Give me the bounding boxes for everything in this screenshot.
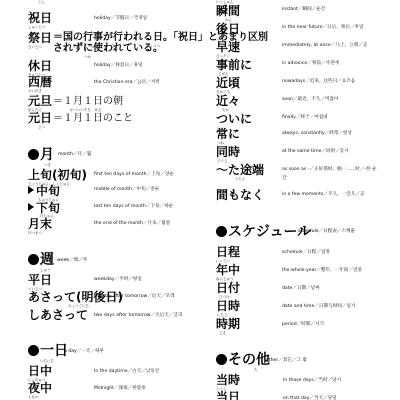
top-reading: とし	[38, 0, 45, 4]
vocab-word: 事前に	[216, 59, 252, 72]
vocab-meaning: the day after tomorrow／后天／모레	[94, 294, 175, 300]
section-meaning: other／其它／그 밖	[266, 358, 307, 364]
vocab-word: 夜中	[28, 382, 52, 395]
section-meaning: week／周／주	[57, 258, 87, 264]
section-title: スケジュール	[216, 225, 311, 240]
vocab-meaning: middle of month／中旬／중순	[94, 187, 159, 193]
vocab-meaning: last ten days of month／下旬／하순	[94, 204, 173, 210]
bullet-icon	[28, 254, 39, 265]
vocab-word: 同時	[216, 146, 240, 159]
vocab-meaning: the Christian era／公历／서력	[94, 80, 160, 86]
vocab-meaning: as soon as -／正好那时、刚一……时／-한 순	[282, 167, 377, 173]
vocab-word: 早速	[216, 41, 240, 54]
definition-text: ＝１月１日の朝	[53, 96, 123, 108]
vocab-word: 瞬間	[216, 5, 240, 18]
vocab-reading: げつまつ	[28, 231, 42, 235]
vocab-meaning: nowadays／近来、这些日／요즈음	[282, 79, 355, 85]
vocab-meaning-continued: 간	[282, 176, 286, 182]
definition-furigana: つか	[84, 55, 91, 59]
vocab-word: 常に	[216, 128, 240, 141]
vocab-word: 元日	[28, 112, 52, 125]
vocab-meaning: in advance／事前／사전에	[282, 61, 339, 67]
vocab-meaning: date and time／日期与时间／일시	[282, 304, 355, 310]
vocab-meaning: instant／瞬间／순간	[282, 7, 325, 13]
vocab-word: 祭日	[28, 32, 52, 45]
vocab-reading: じつ	[38, 125, 45, 129]
section-title: その他	[216, 353, 270, 368]
section-meaning: month／月／월	[58, 152, 91, 158]
section-title: 一日	[28, 344, 68, 359]
vocab-meaning: on that day／当天／당일	[283, 396, 337, 400]
vocab-word: 日時	[216, 300, 240, 313]
vocab-meaning: holiday／节假日／국경일	[94, 16, 147, 22]
vocab-word: 日中	[28, 365, 52, 378]
section-reading: た	[254, 368, 258, 372]
vocab-word: ～た途端	[216, 164, 264, 177]
vocab-word: 休日	[28, 60, 52, 73]
definition-text: ＝１月１日のこと	[53, 113, 133, 125]
vocab-meaning: period／时期／시기	[282, 322, 324, 328]
vocab-meaning: at the same time／同时／동시	[282, 149, 349, 155]
vocab-meaning: immediately, at once／马上、立刻／곧	[282, 43, 367, 49]
vocab-word: 日程	[216, 246, 240, 259]
section-reading: しゅう	[40, 268, 51, 272]
vocab-word: ついに	[216, 113, 252, 126]
vocab-meaning: the end of the month／月末／월말	[94, 221, 170, 227]
vocab-word: 元旦	[28, 95, 52, 108]
vocab-meaning: two days after tomorrow／大后天／글피	[94, 313, 182, 319]
bullet-icon	[216, 354, 227, 365]
vocab-meaning: in the near future／日后、事后／후일	[282, 25, 363, 31]
vocab-word: 平日	[28, 274, 52, 287]
section-meaning: schedule／日程表／스케줄	[298, 229, 355, 235]
vocab-word: 間もなく	[216, 189, 264, 202]
vocab-word: 年中	[216, 264, 240, 277]
bullet-icon	[28, 345, 39, 356]
vocab-word: 後日	[216, 23, 240, 36]
vocab-meaning: In those days／当时／당시	[283, 378, 341, 384]
vocab-word: 近頃	[216, 77, 240, 90]
section-title: 週	[28, 253, 54, 268]
definition-text-line2: されずに使われている。	[53, 43, 163, 55]
vocab-meaning: first ten days of month／上旬／상순	[94, 172, 174, 178]
vocab-meaning: soon／最近、不久／머잖아	[282, 97, 338, 103]
section-title: 月	[28, 148, 54, 163]
vocab-meaning: finally／终于／마침내	[282, 115, 328, 121]
section-reading: いちにち	[40, 359, 54, 363]
bullet-icon	[28, 149, 39, 160]
vocab-word: しあさって	[28, 309, 88, 322]
vocab-reading: しゅくじつ	[28, 25, 46, 29]
vocab-word: 中旬	[28, 185, 60, 198]
vocab-meaning: the whole year／整年、一年间／연중	[282, 268, 362, 274]
vocab-word: 当時	[216, 374, 240, 387]
vocab-reading: せいれき	[28, 89, 42, 93]
triangle-marker-icon	[28, 186, 34, 194]
vocab-meaning: schedule／日程／일정	[282, 250, 330, 256]
triangle-marker-icon	[28, 203, 34, 211]
section-meaning: a day／一天／하루	[64, 349, 104, 355]
vocab-word: 近々	[216, 95, 240, 108]
vocab-meaning: weekday／平时／평일	[94, 277, 142, 283]
vocab-meaning: in a few moments／不久、一会儿／곧	[282, 192, 364, 198]
vocab-word: 日付	[216, 282, 240, 295]
vocab-meaning: always, constantly／经常／항상	[282, 131, 352, 137]
vocab-word: 上旬(初旬)	[28, 169, 87, 182]
vocab-word: 当日	[216, 391, 240, 400]
bullet-icon	[216, 226, 227, 237]
section-reading: つき	[44, 163, 51, 167]
vocab-meaning: In the daytime／白天／낮동안	[94, 369, 159, 375]
definition-furigana: がつついたち あさ	[70, 108, 102, 112]
vocab-word: 西暦	[28, 76, 52, 89]
vocab-reading: とたん	[235, 177, 246, 181]
vocab-reading: さいじつ	[28, 45, 42, 49]
vocab-meaning: date／日期／날짜	[282, 286, 320, 292]
vocab-meaning: Midnight／深夜／한밤중	[94, 386, 146, 392]
vocab-reading: じき	[219, 331, 226, 335]
vocab-word: 時期	[216, 318, 240, 331]
vocab-meaning: holiday／休息日／휴일	[94, 63, 143, 69]
vocab-reading: よなか	[28, 395, 39, 399]
vocab-word: 祝日	[28, 12, 52, 25]
vocab-word: 月末	[28, 218, 52, 231]
